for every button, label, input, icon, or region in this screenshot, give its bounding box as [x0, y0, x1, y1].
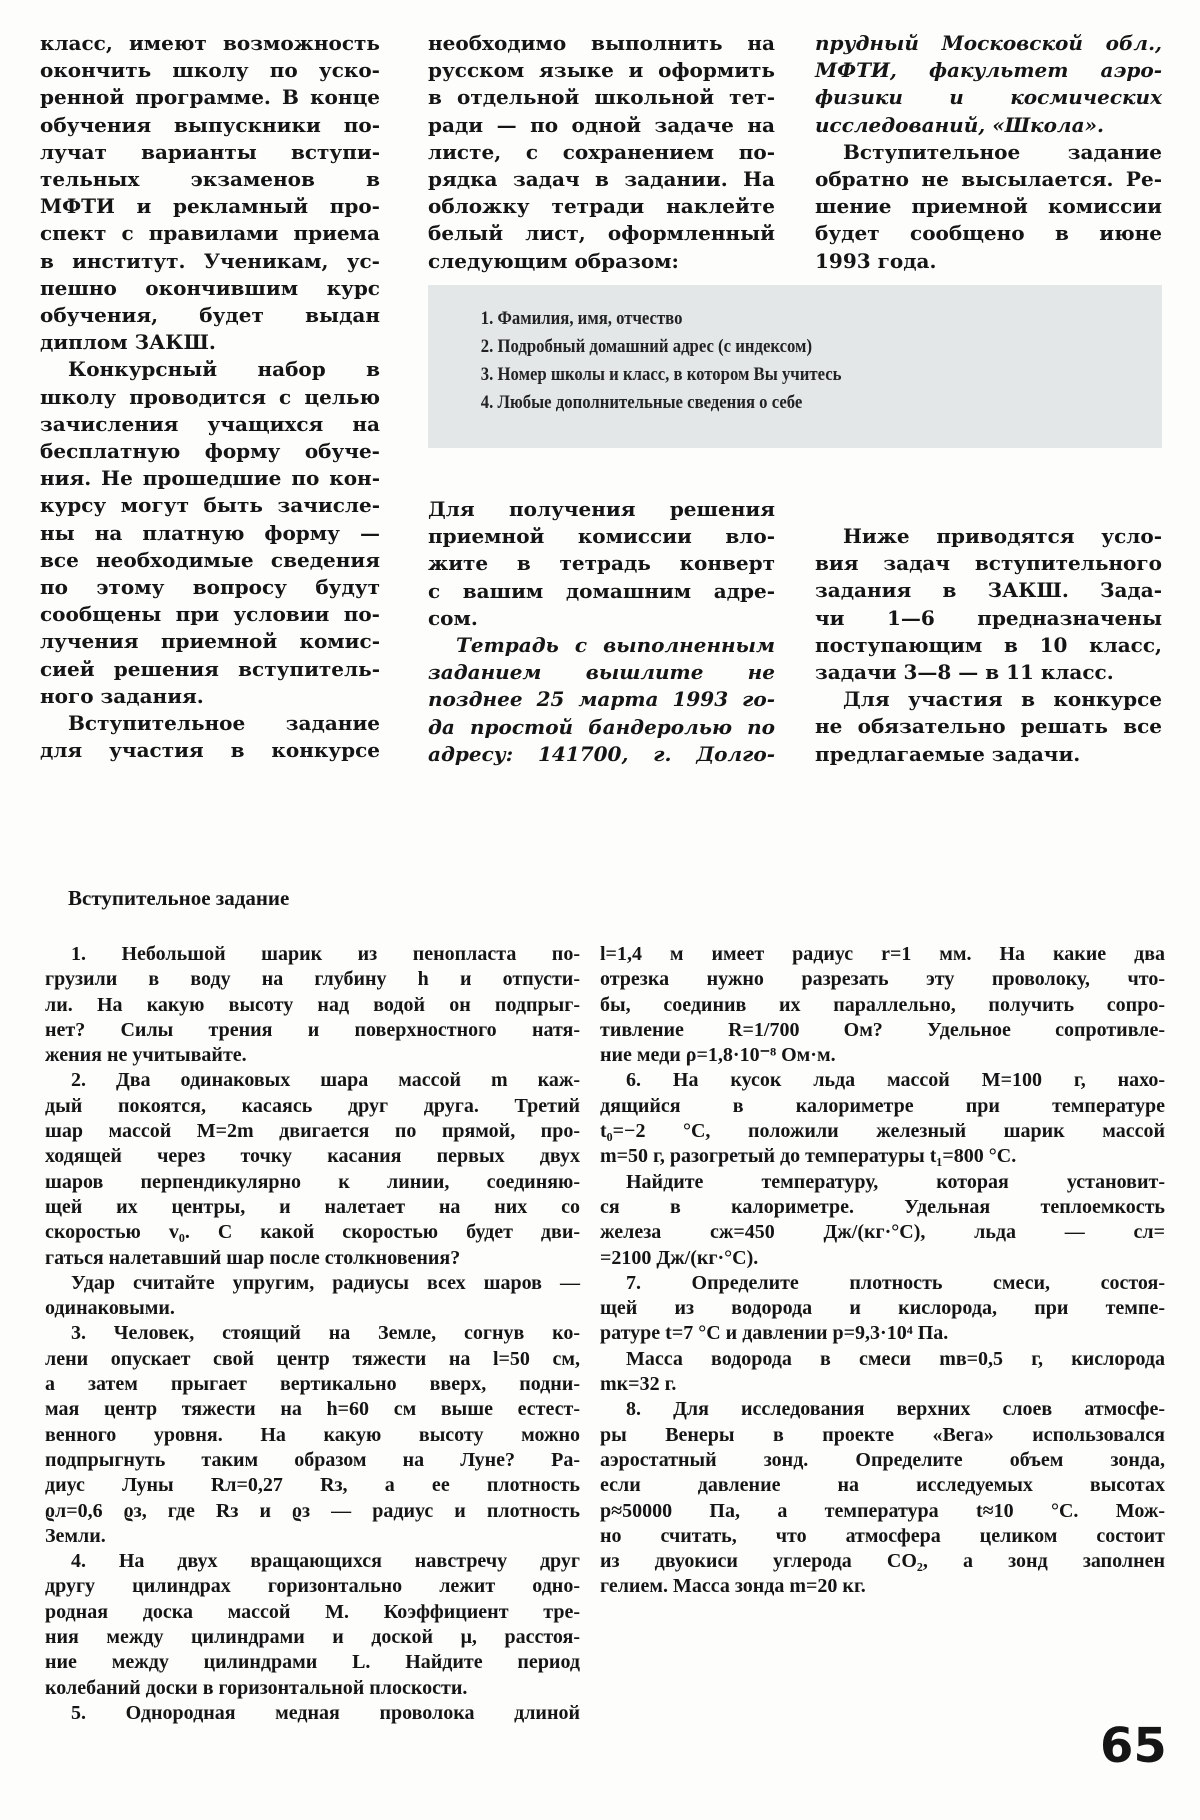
text-line: шение приемной комиссии: [815, 193, 1162, 220]
text-line: жите в тетрадь конверт: [428, 550, 775, 577]
text-line: нет? Силы трения и поверхностного натя-: [45, 1018, 580, 1043]
text-line: тельных экзаменов в: [40, 166, 380, 193]
text-line: будет сообщено в июне: [815, 220, 1162, 247]
text-line: мая центр тяжести на h=60 см выше естест…: [45, 1397, 580, 1422]
text-line: в институт. Ученикам, ус-: [40, 248, 380, 275]
text-line: ратуре t=7 °C и давлении p=9,3·10⁴ Па.: [600, 1321, 1165, 1346]
text-line: все необходимые сведения: [40, 547, 380, 574]
text-line: если давление на исследуемых высотах: [600, 1473, 1165, 1498]
text-line: обучения выпускники по-: [40, 112, 380, 139]
text-line: для участия в конкурсе: [40, 737, 380, 764]
text-line: Для получения решения: [428, 496, 775, 523]
text-line: в отдельной школьной тет-: [428, 84, 775, 111]
text-line: шаров перпендикулярно к линии, соединяю-: [45, 1170, 580, 1195]
text-line: листе, с сохранением по-: [428, 139, 775, 166]
text-line: ны на платную форму —: [40, 520, 380, 547]
cover-sheet-item: 4. Любые дополнительные сведения о себе: [481, 389, 1074, 417]
text-line: l=1,4 м имеет радиус r=1 мм. На какие дв…: [600, 942, 1165, 967]
text-line: скоростью v₀. С какой скоростью будет дв…: [45, 1220, 580, 1245]
text-line: Для участия в конкурсе: [815, 686, 1162, 713]
text-line: 8. Для исследования верхних слоев атмосф…: [600, 1397, 1165, 1422]
text-line: лучат варианты вступи-: [40, 139, 380, 166]
problems-column-left: 1. Небольшой шарик из пенопласта по-груз…: [45, 942, 580, 1726]
text-line: бесплатную форму обуче-: [40, 438, 380, 465]
intro-column-2-upper: необходимо выполнить нарусском языке и о…: [428, 30, 775, 275]
text-line: заданием вышлите не: [428, 659, 775, 686]
text-line: щей их центры, и налетает на них со: [45, 1195, 580, 1220]
text-line: диус Луны Rл=0,27 Rз, а ее плотность: [45, 1473, 580, 1498]
text-line: жения не учитывайте.: [45, 1043, 580, 1068]
text-line: Земли.: [45, 1524, 580, 1549]
text-line: Масса водорода в смеси mв=0,5 г, кислоро…: [600, 1347, 1165, 1372]
cover-sheet-list: 1. Фамилия, имя, отчество 2. Подробный д…: [428, 285, 1074, 417]
text-line: дый покоятся, касаясь друг друга. Третий: [45, 1094, 580, 1119]
text-line: поступающим в 10 класс,: [815, 632, 1162, 659]
text-line: ли. На какую высоту над водой он подпрыг…: [45, 993, 580, 1018]
text-line: Ниже приводятся усло-: [815, 523, 1162, 550]
text-line: МФТИ и рекламный про-: [40, 193, 380, 220]
text-line: вия задач вступительного: [815, 550, 1162, 577]
text-line: дящийся в калориметре при температуре: [600, 1094, 1165, 1119]
text-line: ры Венеры в проекте «Вега» использовался: [600, 1423, 1165, 1448]
text-line: диплом ЗАКШ.: [40, 329, 380, 356]
text-line: другу цилиндрах горизонтально лежит одно…: [45, 1574, 580, 1599]
text-line: адресу: 141700, г. Долго-: [428, 741, 775, 768]
intro-column-3-upper: прудный Московской обл.,МФТИ, факультет …: [815, 30, 1162, 275]
text-line: Найдите температуру, которая установит-: [600, 1170, 1165, 1195]
text-line: ния между цилиндрами и доской μ, расстоя…: [45, 1625, 580, 1650]
text-line: подпрыгнуть таким образом на Луне? Ра-: [45, 1448, 580, 1473]
text-line: ние меди ρ=1,8·10⁻⁸ Ом·м.: [600, 1043, 1165, 1068]
cover-sheet-item: 2. Подробный домашний адрес (с индексом): [481, 333, 1074, 361]
text-line: позднее 25 марта 1993 го-: [428, 686, 775, 713]
text-line: ходящей через точку касания первых двух: [45, 1144, 580, 1169]
cover-sheet-item: 1. Фамилия, имя, отчество: [481, 305, 1074, 333]
text-line: Конкурсный набор в: [40, 356, 380, 383]
text-line: русском языке и оформить: [428, 57, 775, 84]
text-line: ного задания.: [40, 683, 380, 710]
text-line: сообщены при условии по-: [40, 601, 380, 628]
text-line: прудный Московской обл.,: [815, 30, 1162, 57]
text-line: колебаний доски в горизонтальной плоскос…: [45, 1676, 580, 1701]
text-line: физики и космических: [815, 84, 1162, 111]
text-line: 3. Человек, стоящий на Земле, согнув ко-: [45, 1321, 580, 1346]
text-line: лени опускает свой центр тяжести на l=50…: [45, 1347, 580, 1372]
cover-sheet-item: 3. Номер школы и класс, в котором Вы учи…: [481, 361, 1074, 389]
text-line: 6. На кусок льда массой M=100 г, нахо-: [600, 1068, 1165, 1093]
text-line: ради — по одной задаче на: [428, 112, 775, 139]
text-line: сом.: [428, 605, 775, 632]
text-line: 4. На двух вращающихся навстречу друг: [45, 1549, 580, 1574]
text-line: одинаковыми.: [45, 1296, 580, 1321]
text-line: бы, соединив их параллельно, получить со…: [600, 993, 1165, 1018]
text-line: отрезка нужно разрезать эту проволоку, ч…: [600, 967, 1165, 992]
text-line: ния. Не прошедшие по кон-: [40, 465, 380, 492]
text-line: по этому вопросу будут: [40, 574, 380, 601]
intro-column-1: класс, имеют возможностьокончить школу п…: [40, 30, 380, 764]
text-line: исследований, «Школа».: [815, 112, 1162, 139]
text-line: 2. Два одинаковых шара массой m каж-: [45, 1068, 580, 1093]
text-line: предлагаемые задачи.: [815, 741, 1162, 768]
text-line: рядка задач в задании. На: [428, 166, 775, 193]
text-line: а затем прыгает вертикально вверх, подни…: [45, 1372, 580, 1397]
text-line: зачисления учащихся на: [40, 411, 380, 438]
text-line: лучения приемной комис-: [40, 628, 380, 655]
text-line: Вступительное задание: [40, 710, 380, 737]
text-line: гаться налетавший шар после столкновения…: [45, 1246, 580, 1271]
text-line: m=50 г, разогретый до температуры t₁=800…: [600, 1144, 1165, 1169]
text-line: задания в ЗАКШ. Зада-: [815, 577, 1162, 604]
intro-column-2-lower: Для получения решенияприемной комиссии в…: [428, 496, 775, 768]
text-line: обложку тетради наклейте: [428, 193, 775, 220]
text-line: родная доска массой M. Коэффициент тре-: [45, 1600, 580, 1625]
text-line: но считать, что атмосфера целиком состои…: [600, 1524, 1165, 1549]
text-line: железа cж=450 Дж/(кг·°C), льда — cл=: [600, 1220, 1165, 1245]
text-line: обучения, будет выдан: [40, 302, 380, 329]
text-line: 5. Однородная медная проволока длиной: [45, 1701, 580, 1726]
text-line: курсу могут быть зачисле-: [40, 492, 380, 519]
text-line: Вступительное задание: [815, 139, 1162, 166]
text-line: тивление R=1/700 Ом? Удельное сопротивле…: [600, 1018, 1165, 1043]
text-line: окончить школу по уско-: [40, 57, 380, 84]
text-line: 1. Небольшой шарик из пенопласта по-: [45, 942, 580, 967]
cover-sheet-box: 1. Фамилия, имя, отчество 2. Подробный д…: [428, 285, 1162, 448]
text-line: необходимо выполнить на: [428, 30, 775, 57]
text-line: класс, имеют возможность: [40, 30, 380, 57]
text-line: обратно не высылается. Ре-: [815, 166, 1162, 193]
text-line: p≈50000 Па, а температура t≈10 °C. Мож-: [600, 1499, 1165, 1524]
text-line: 1993 года.: [815, 248, 1162, 275]
text-line: шар массой M=2m двигается по прямой, про…: [45, 1119, 580, 1144]
text-line: t₀=−2 °C, положили железный шарик массой: [600, 1119, 1165, 1144]
text-line: сией решения вступитель-: [40, 656, 380, 683]
text-line: следующим образом:: [428, 248, 775, 275]
text-line: 7. Определите плотность смеси, состоя-: [600, 1271, 1165, 1296]
text-line: школу проводится с целью: [40, 384, 380, 411]
text-line: чи 1—6 предназначены: [815, 605, 1162, 632]
text-line: из двуокиси углерода CO₂, а зонд заполне…: [600, 1549, 1165, 1574]
text-line: ние между цилиндрами L. Найдите период: [45, 1650, 580, 1675]
text-line: грузили в воду на глубину h и отпусти-: [45, 967, 580, 992]
text-line: венного уровня. На какую высоту можно: [45, 1423, 580, 1448]
text-line: гелием. Масса зонда m=20 кг.: [600, 1574, 1165, 1599]
text-line: задачи 3—8 — в 11 класс.: [815, 659, 1162, 686]
text-line: белый лист, оформленный: [428, 220, 775, 247]
text-line: спект с правилами приема: [40, 220, 380, 247]
text-line: mк=32 г.: [600, 1372, 1165, 1397]
text-line: приемной комиссии вло-: [428, 523, 775, 550]
text-line: щей из водорода и кислорода, при темпе-: [600, 1296, 1165, 1321]
problems-column-right: l=1,4 м имеет радиус r=1 мм. На какие дв…: [600, 942, 1165, 1600]
text-line: с вашим домашним адре-: [428, 578, 775, 605]
section-heading: Вступительное задание: [68, 886, 289, 911]
text-line: пешно окончившим курс: [40, 275, 380, 302]
text-line: Удар считайте упругим, радиусы всех шаро…: [45, 1271, 580, 1296]
text-line: Тетрадь с выполненным: [428, 632, 775, 659]
text-line: МФТИ, факультет аэро-: [815, 57, 1162, 84]
page-number: 65: [1100, 1718, 1167, 1774]
text-line: ϱл=0,6 ϱз, где Rз и ϱз — радиус и плотно…: [45, 1499, 580, 1524]
text-line: аэростатный зонд. Определите объем зонда…: [600, 1448, 1165, 1473]
intro-column-3-lower: Ниже приводятся усло-вия задач вступител…: [815, 523, 1162, 768]
text-line: не обязательно решать все: [815, 713, 1162, 740]
text-line: ся в калориметре. Удельная теплоемкость: [600, 1195, 1165, 1220]
text-line: =2100 Дж/(кг·°C).: [600, 1246, 1165, 1271]
text-line: ренной программе. В конце: [40, 84, 380, 111]
text-line: да простой бандеролью по: [428, 714, 775, 741]
